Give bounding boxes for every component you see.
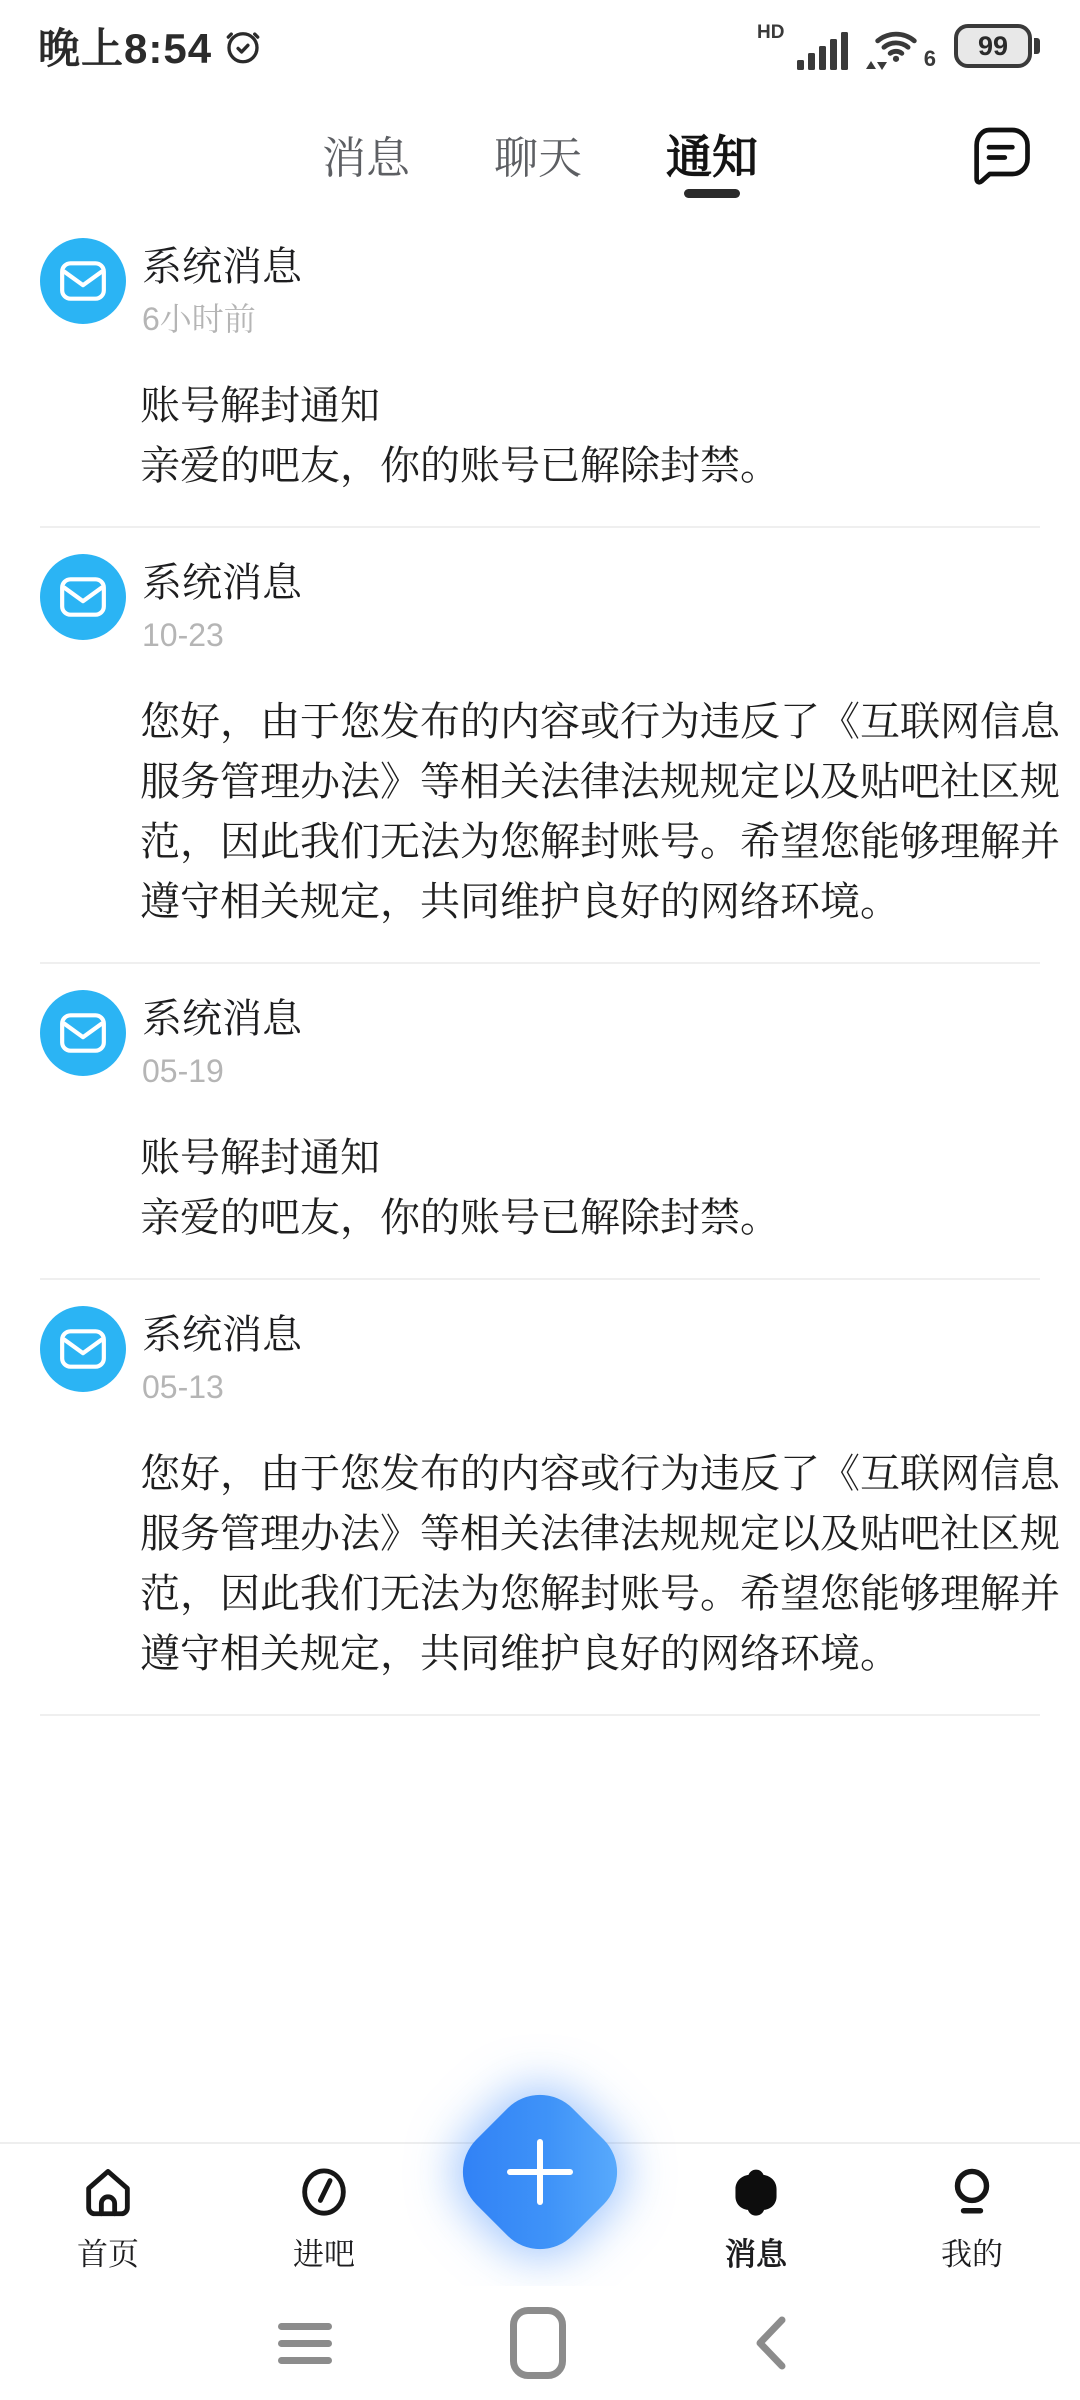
timestamp: 05-19 (142, 1052, 302, 1090)
content-line: 亲爱的吧友，你的账号已解除封禁。 (140, 1188, 1060, 1248)
nav-label-messages: 消息 (725, 2229, 787, 2274)
wifi-indicator: 6 (870, 22, 932, 70)
notification-content: 账号解封通知 亲爱的吧友，你的账号已解除封禁。 (140, 376, 1060, 496)
system-message-avatar[interactable] (40, 1306, 126, 1392)
timestamp: 6小时前 (142, 300, 302, 338)
nav-label-profile: 我的 (941, 2229, 1003, 2274)
notification-item[interactable]: 系统消息 05-19 账号解封通知 亲爱的吧友，你的账号已解除封禁。 (0, 964, 1080, 1280)
nav-label-home: 首页 (77, 2229, 139, 2274)
home-button[interactable] (483, 2286, 593, 2400)
sender-name: 系统消息 (142, 996, 302, 1042)
home-icon (79, 2163, 137, 2221)
envelope-icon (58, 259, 108, 303)
nav-item-profile[interactable]: 我的 (864, 2144, 1080, 2286)
nav-item-messages[interactable]: 消息 (648, 2144, 864, 2286)
back-chevron-icon (751, 2314, 791, 2372)
sender-name: 系统消息 (142, 1312, 302, 1358)
envelope-icon (58, 1011, 108, 1055)
status-bar: 晚上8:54 HD 6 (0, 0, 1080, 92)
nav-item-home[interactable]: 首页 (0, 2144, 216, 2286)
menu-lines-icon (278, 2323, 332, 2330)
status-left: 晚上8:54 (38, 16, 264, 76)
speech-bubble-icon (967, 119, 1033, 185)
wifi-6-label: 6 (924, 46, 936, 72)
envelope-icon (58, 1327, 108, 1371)
content-line: 账号解封通知 (140, 1128, 1060, 1188)
battery-level: 99 (978, 31, 1008, 62)
nav-item-forums[interactable]: 进吧 (216, 2144, 432, 2286)
notification-list: 系统消息 6小时前 账号解封通知 亲爱的吧友，你的账号已解除封禁。 (0, 212, 1080, 1716)
battery-indicator: 99 (954, 24, 1040, 68)
system-message-avatar[interactable] (40, 238, 126, 324)
notification-item[interactable]: 系统消息 6小时前 账号解封通知 亲爱的吧友，你的账号已解除封禁。 (0, 212, 1080, 528)
timestamp: 05-13 (142, 1368, 302, 1406)
timestamp: 10-23 (142, 616, 302, 654)
tab-messages[interactable]: 消息 (322, 92, 410, 212)
message-header: 消息 聊天 通知 (0, 92, 1080, 212)
system-nav-bar (0, 2286, 1080, 2400)
tieba-notifications-screen: 晚上8:54 HD 6 (0, 0, 1080, 2400)
clock-text: 晚上8:54 (38, 16, 212, 76)
system-message-avatar[interactable] (40, 990, 126, 1076)
wifi-traffic-arrows-icon (866, 61, 887, 70)
chat-settings-button[interactable] (962, 114, 1038, 190)
tab-messages-label: 消息 (322, 122, 410, 186)
status-right: HD 6 99 (757, 22, 1040, 70)
notification-content: 您好，由于您发布的内容或行为违反了《互联网信息服务管理办法》等相关法律法规规定以… (140, 1444, 1060, 1684)
content-line: 账号解封通知 (140, 376, 1060, 436)
person-icon (943, 2163, 1001, 2221)
cell-signal: HD (757, 22, 848, 70)
envelope-icon (58, 575, 108, 619)
plus-icon (472, 2104, 608, 2240)
system-message-avatar[interactable] (40, 554, 126, 640)
rounded-square-icon (510, 2307, 566, 2379)
battery-icon: 99 (954, 24, 1032, 68)
message-bubble-filled-icon (727, 2163, 785, 2221)
create-post-button[interactable] (444, 2076, 636, 2268)
hd-badge: HD (757, 22, 784, 44)
content-line: 亲爱的吧友，你的账号已解除封禁。 (140, 436, 1060, 496)
nav-label-forums: 进吧 (293, 2229, 355, 2274)
tab-notifications-label: 通知 (666, 121, 758, 187)
sender-name: 系统消息 (142, 244, 302, 290)
tab-chat[interactable]: 聊天 (494, 92, 582, 212)
content-line: 您好，由于您发布的内容或行为违反了《互联网信息服务管理办法》等相关法律法规规定以… (140, 692, 1060, 932)
notification-content: 您好，由于您发布的内容或行为违反了《互联网信息服务管理办法》等相关法律法规规定以… (140, 692, 1060, 932)
compass-icon (295, 2163, 353, 2221)
notification-content: 账号解封通知 亲爱的吧友，你的账号已解除封禁。 (140, 1128, 1060, 1248)
back-button[interactable] (716, 2286, 826, 2400)
active-tab-indicator (684, 189, 740, 198)
tab-bar: 消息 聊天 通知 (0, 92, 1080, 212)
signal-bars-icon (797, 32, 848, 70)
bottom-nav-bar: 首页 进吧 消息 (0, 2142, 1080, 2286)
tab-chat-label: 聊天 (494, 122, 582, 186)
sender-name: 系统消息 (142, 560, 302, 606)
tab-notifications[interactable]: 通知 (666, 92, 758, 212)
notification-item[interactable]: 系统消息 10-23 您好，由于您发布的内容或行为违反了《互联网信息服务管理办法… (0, 528, 1080, 964)
recents-button[interactable] (250, 2286, 360, 2400)
content-line: 您好，由于您发布的内容或行为违反了《互联网信息服务管理办法》等相关法律法规规定以… (140, 1444, 1060, 1684)
divider (40, 1714, 1040, 1716)
notification-item[interactable]: 系统消息 05-13 您好，由于您发布的内容或行为违反了《互联网信息服务管理办法… (0, 1280, 1080, 1716)
alarm-icon (222, 25, 264, 67)
